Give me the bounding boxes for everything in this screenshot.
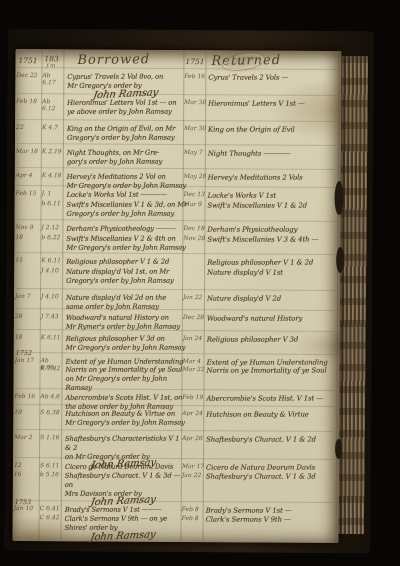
ledger-page: 1751 183 ƒ m Borrowed 1751 Returned Dec … (13, 49, 342, 543)
shelfmark: b 5.16 (40, 471, 62, 478)
return-date: Dec 13 (184, 191, 207, 198)
ledger-row: Jan 10C 6.41Brady's Sermons V 1st ———Feb… (13, 505, 339, 507)
returned-text: Cyrus' Travels 2 Vols — (208, 74, 338, 82)
return-date: Mar 30 (184, 125, 207, 132)
entry-text: Cicero de Natura Deorum, Davis (65, 463, 187, 472)
row-rule (15, 429, 334, 432)
ledger-row: 19S 6.38Hutchison on Beauty & Virtue onM… (13, 409, 339, 411)
shelfmark: S 1.16 (40, 434, 62, 441)
returned-text: King on the Origin of Evil (208, 126, 338, 134)
shelfmark: C 6.41 (40, 505, 62, 512)
entry-text: Nature display'd Vol 1st, on MrGregory's… (66, 268, 188, 286)
ledger-row: J 4.10Nature display'd Vol 1st, on MrGre… (14, 267, 340, 269)
row-rule (17, 167, 336, 170)
returned-text: Cicero de Natura Deorum Davis (206, 464, 336, 472)
row-rule (16, 288, 335, 291)
entry-text: Night Thoughts, on Mr Gre-gory's order b… (67, 149, 189, 167)
return-date: Jan 22 (182, 472, 205, 479)
entry-text: Swift's Miscellanies V 2 & 4th onMr Greg… (66, 235, 188, 253)
returned-text: Abercrombie's Scots Hist. V 1st — (206, 395, 336, 403)
ledger-row: 28J 7.43Woodward's natural History onMr … (14, 313, 340, 315)
borrow-date: 22 (16, 124, 41, 131)
ledger-row: Feb 18Ab 6.12Hieronimus' Letters Vol 1st… (15, 98, 341, 100)
returned-text: Religious philosopher V 3d (207, 336, 337, 344)
row-rule (16, 352, 335, 355)
entry-text: Swift's Miscellanies V 1 & 3d, on MrGreg… (67, 201, 189, 219)
returned-text: Locke's Works V 1st (208, 192, 338, 200)
return-date: Feb 16 (184, 73, 207, 80)
entry-text: Derham's Physicotheology ——— (66, 225, 188, 234)
entry-text: Clark's Sermons V 9th — on yeShires' ord… (65, 515, 187, 542)
header-year-left: 1751 (18, 56, 37, 65)
return-date: Dec 28 (183, 314, 206, 321)
borrow-date: 18 (15, 234, 40, 241)
returned-text: Hieronimus' Letters V 1st — (208, 100, 338, 108)
shelfmark: K 4.18 (42, 172, 64, 179)
return-date: Mar 4 (183, 358, 206, 365)
entry-text: Religious philosopher V 3d onMr Gregory'… (66, 335, 188, 353)
borrow-date: Jan 17 (15, 357, 40, 364)
borrow-date: Feb 18 (16, 98, 41, 105)
returned-text: Norris on ye Immortality of ye Soul (207, 367, 337, 375)
shelfmark: Ab 4.6 (40, 393, 62, 400)
shelfmark: J 4.10 (41, 267, 63, 274)
ledger-row: Mar 18K 2.19Night Thoughts, on Mr Gre-go… (15, 148, 341, 150)
ledger-row: Nov 9J 2.12Derham's Physicotheology ———D… (14, 224, 340, 226)
shelfmark: b 6.11 (42, 200, 64, 207)
borrowed-header: Borrowed (77, 52, 150, 68)
page-number: 183 (44, 54, 58, 63)
borrow-date: 18 (15, 334, 40, 341)
ledger-row: Feb 15J. 1Locke's Works Vol 1st ————Dec … (15, 190, 341, 192)
shelfmark: K 6.11 (41, 257, 63, 264)
return-date: Feb 19 (182, 394, 205, 401)
ledger-row: 15K 6.11Religious philosopher V 1 & 2dRe… (14, 257, 340, 259)
entry-text: Brady's Sermons V 1st ——— (65, 506, 187, 515)
returned-text: Nature display'd V 1st (207, 269, 337, 277)
ledger-photo: 1751 183 ƒ m Borrowed 1751 Returned Dec … (0, 0, 400, 566)
shelfmark: b 6.22 (41, 234, 63, 241)
borrow-date: Mar 18 (16, 148, 41, 155)
return-date: Jan 24 (183, 335, 206, 342)
ledger-row: Feb 16Ab 4.6Abercrombie's Scots Hist. V … (13, 393, 339, 395)
row-rule (16, 329, 335, 332)
return-date: Apr 24 (182, 410, 205, 417)
entry-text: Hutchison on Beauty & Virtue onMr Gregor… (65, 410, 187, 428)
year-marker: 1753 (15, 498, 32, 506)
row-rule (16, 219, 335, 222)
ledger-row: 18K 6.11Religious philosopher V 3d onMr … (14, 334, 340, 336)
ledger-row: Dec 22Ab 6.17Cyprus' Travels 2 Vol 8vo, … (15, 72, 341, 74)
shelfmark: J 2.12 (41, 224, 63, 231)
entry-text: King on the Origin of Evil, on MrGregory… (67, 125, 189, 143)
entry-text: Locke's Works Vol 1st ———— (67, 191, 189, 200)
borrow-date: 16 (14, 471, 39, 478)
return-date: Mar 9 (184, 201, 207, 208)
header-year-right: 1751 (185, 57, 204, 66)
returned-text: Shaftesbury's Charact. V 1 & 2d (206, 436, 336, 444)
return-date: Jan 22 (183, 294, 206, 301)
returned-text: Brady's Sermons V 1st — (206, 507, 336, 515)
ledger-row: Mar 2S 1.16Shaftesbury's Characteristick… (13, 434, 339, 436)
borrow-date: 15 (15, 257, 40, 264)
ledger-row: 12S 6.11Cicero de Natura Deorum, DavisMa… (13, 462, 339, 464)
returned-text: Extent of ye Human Understanding (207, 359, 337, 367)
shelfmark: J 4.10 (41, 293, 63, 300)
shelfmark: Ab 6.17 (42, 72, 64, 86)
entry-text: Hervey's Meditations 2 Vol onMr Gregory'… (67, 173, 189, 191)
return-date: May 7 (184, 149, 207, 156)
return-date: Mar 30 (184, 99, 207, 106)
returned-text: Nature display'd V 2d (207, 295, 337, 303)
return-date: Nov 28 (183, 235, 206, 242)
year-marker: 1752 (16, 349, 33, 357)
returned-text: Religious philosopher V 1 & 2d (207, 259, 337, 267)
shelfmark: K 2.19 (42, 148, 64, 155)
borrow-date: Feb 16 (14, 393, 39, 400)
shelfmark: K 4.7 (42, 124, 64, 131)
borrow-date: Feb 15 (16, 190, 41, 197)
returned-text: Swift's Miscellanies V 3 & 4th — (207, 236, 337, 244)
entry-text: Religious philosopher V 1 & 2d (66, 258, 188, 267)
shelfmark: K 7.42 (41, 365, 63, 372)
shelfmark: J. 1 (42, 190, 64, 197)
ledger-row: Jan 17Ab 6.68Extent of ye Human Understa… (14, 357, 340, 359)
ledger-row: Jan 7J 4.10Nature display'd Vol 2d on th… (14, 293, 340, 295)
returned-text: Night Thoughts ———— (208, 150, 338, 158)
ledger-row: b 6.11Swift's Miscellanies V 1 & 3d, on … (15, 200, 341, 202)
borrow-date: Dec 22 (16, 72, 41, 79)
ledger-row: 22K 4.7King on the Origin of Evil, on Mr… (15, 124, 341, 126)
shelfmark: S 6.11 (40, 462, 62, 469)
returned-text: Hervey's Meditations 2 Vols (208, 174, 338, 182)
entry-text: Hieronimus' Letters Vol 1st — onye above… (67, 99, 189, 117)
return-date: Apr 26 (182, 435, 205, 442)
borrow-date: Jan 7 (15, 293, 40, 300)
returned-text: Swift's Miscellanies V 1 & 2d (208, 202, 338, 210)
borrow-date: Nov 9 (15, 224, 40, 231)
borrow-date: 12 (14, 462, 39, 469)
return-date: Feb 8 (182, 515, 205, 522)
borrow-date: Mar 2 (14, 434, 39, 441)
returned-text: Woodward's natural History (207, 315, 337, 323)
shelfmark: C 6.42 (40, 514, 62, 521)
shelfmark: K 6.11 (41, 334, 63, 341)
entry-text: Cyprus' Travels 2 Vol 8vo, onMr Gregory'… (67, 73, 189, 100)
return-date: Feb 8 (182, 506, 205, 513)
ledger-row: 18b 6.22Swift's Miscellanies V 2 & 4th o… (14, 234, 340, 236)
row-rule (17, 119, 336, 122)
row-rule (17, 143, 336, 146)
return-date: Mar 22 (183, 366, 206, 373)
borrow-date: 28 (15, 313, 40, 320)
shelfmark: J 7.43 (41, 313, 63, 320)
ledger-row: Apr 4K 4.18Hervey's Meditations 2 Vol on… (15, 172, 341, 174)
return-date: May 28 (184, 173, 207, 180)
returned-text: Shaftesbury's Charact. V 1 & 3d (206, 473, 336, 481)
shelfmark: S 6.38 (40, 409, 62, 416)
return-date: Mar 17 (182, 463, 205, 470)
returned-text: Derham's Physicotheology (207, 226, 337, 234)
borrow-date: Apr 4 (16, 172, 41, 179)
return-date: Dec 18 (183, 225, 206, 232)
returned-text: Hutchison on Beauty & Virtue (206, 411, 336, 419)
shelfmark: Ab 6.12 (42, 98, 64, 112)
row-rule (16, 252, 335, 255)
returned-text: Clark's Sermons V 9th — (206, 516, 336, 524)
borrow-date: 19 (14, 409, 39, 416)
row-rule (17, 67, 336, 70)
